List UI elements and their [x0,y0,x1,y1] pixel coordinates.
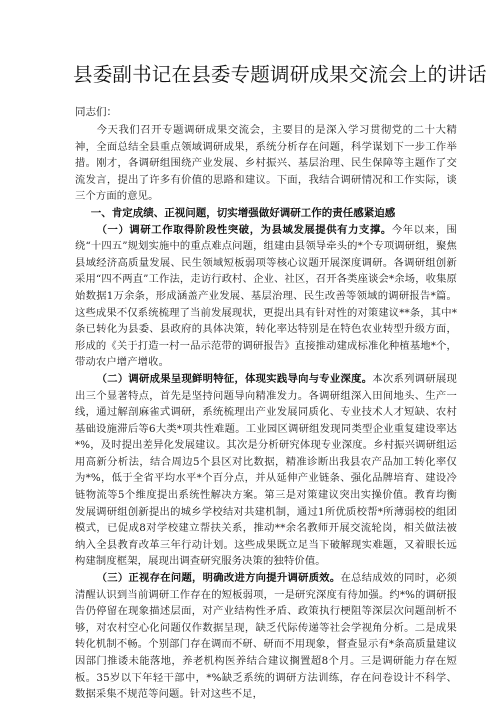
subsection-body-3: 在总结成效的同时，必须清醒认识到当前调研工作存在的短板弱项，一是研究深度有待加强… [75,572,457,700]
subsection-paragraph-1: （一）调研工作取得阶段性突破，为县域发展提供有力支撑。今年以来，围绕“十四五”规… [75,222,457,371]
salutation: 同志们： [75,104,457,120]
subsection-body-2: 本次系列调研展现出三个显著特点，首先是坚持问题导向精准发力。各调研组深入田间地头… [75,373,457,568]
subsection-body-1: 今年以来，围绕“十四五”规划实施中的重点难点问题，组建由县领导牵头的*个专项调研… [75,224,457,369]
intro-paragraph: 今天我们召开专题调研成果交流会，主要目的是深入学习贯彻党的二十大精神，全面总结全… [75,122,457,205]
document-title: 县委副书记在县委专题调研成果交流会上的讲话 [73,62,457,88]
document-page: 县委副书记在县委专题调研成果交流会上的讲话 同志们： 今天我们召开专题调研成果交… [75,62,457,703]
subsection-paragraph-3: （三）正视存在问题，明确改进方向提升调研质效。在总结成效的同时，必须清醒认识到当… [75,570,457,703]
subsection-lead-1: （一）调研工作取得阶段性突破，为县域发展提供有力支撑。 [97,224,392,236]
subsection-lead-3: （三）正视存在问题，明确改进方向提升调研质效。 [97,572,341,584]
subsection-paragraph-2: （二）调研成果呈现鲜明特征，体现实践导向与专业深度。本次系列调研展现出三个显著特… [75,371,457,570]
section-heading-1: 一、肯定成绩、正视问题，切实增强做好调研工作的责任感紧迫感 [75,205,457,222]
subsection-lead-2: （二）调研成果呈现鲜明特征，体现实践导向与专业深度。 [97,373,373,385]
